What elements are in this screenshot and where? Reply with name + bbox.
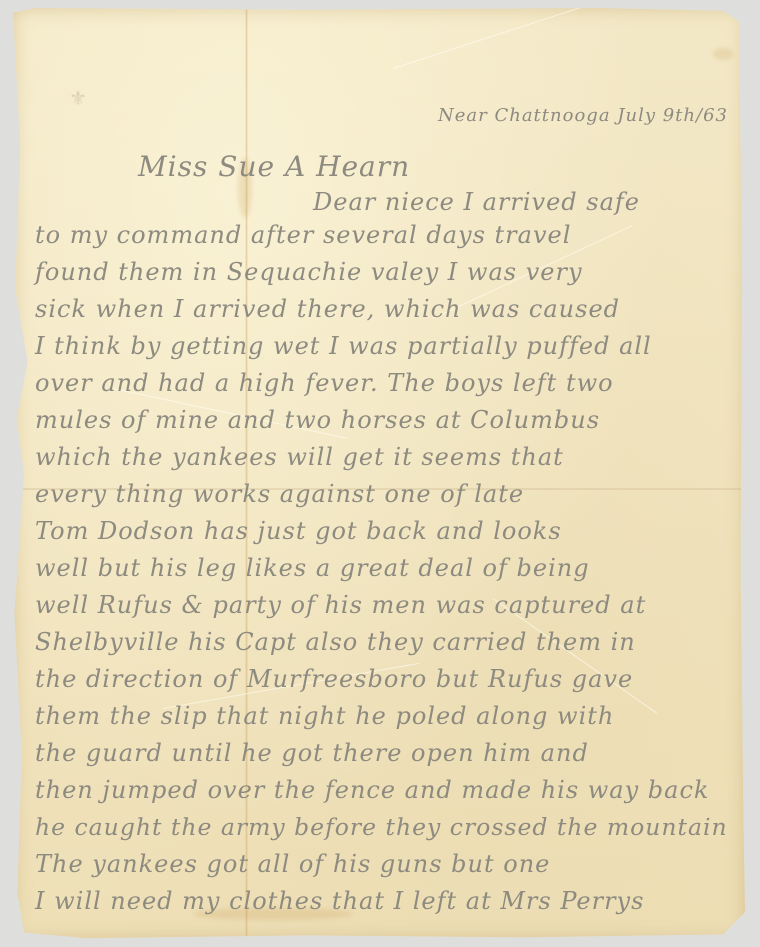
letter-line: Tom Dodson has just got back and looks — [35, 517, 562, 545]
letter-line: found them in Sequachie valey I was very — [35, 258, 583, 286]
letter-line: over and had a high fever. The boys left… — [35, 369, 614, 397]
scanned-letter: ⚜ Near Chattnooga July 9th/63 Miss Sue A… — [0, 0, 760, 947]
letter-line: which the yankees will get it seems that — [35, 443, 564, 471]
paper-crease — [393, 0, 641, 69]
letter-line: them the slip that night he poled along … — [35, 702, 614, 730]
letter-line: he caught the army before they crossed t… — [35, 813, 728, 841]
embossed-crest-mark: ⚜ — [63, 88, 93, 128]
letter-line: The yankees got all of his guns but one — [35, 850, 550, 878]
letter-paper: ⚜ Near Chattnooga July 9th/63 Miss Sue A… — [13, 8, 745, 940]
letter-line: mules of mine and two horses at Columbus — [35, 406, 600, 434]
letter-line: sick when I arrived there, which was cau… — [35, 295, 620, 323]
letter-line: Shelbyville his Capt also they carried t… — [35, 628, 636, 656]
edge-stain — [713, 48, 733, 60]
letter-salutation: Miss Sue A Hearn — [138, 150, 410, 183]
letter-line: the guard until he got there open him an… — [35, 739, 589, 767]
letter-opening: Dear niece I arrived safe — [313, 188, 640, 216]
letter-line: to my command after several days travel — [35, 221, 571, 249]
letter-line: I think by getting wet I was partially p… — [35, 332, 652, 360]
letter-line: the direction of Murfreesboro but Rufus … — [35, 665, 633, 693]
letter-dateline: Near Chattnooga July 9th/63 — [438, 105, 728, 126]
letter-line: I will need my clothes that I left at Mr… — [35, 887, 644, 915]
letter-line: then jumped over the fence and made his … — [35, 776, 709, 804]
letter-line: well Rufus & party of his men was captur… — [35, 591, 646, 619]
letter-line: well but his leg likes a great deal of b… — [35, 554, 590, 582]
letter-line: every thing works against one of late — [35, 480, 524, 508]
